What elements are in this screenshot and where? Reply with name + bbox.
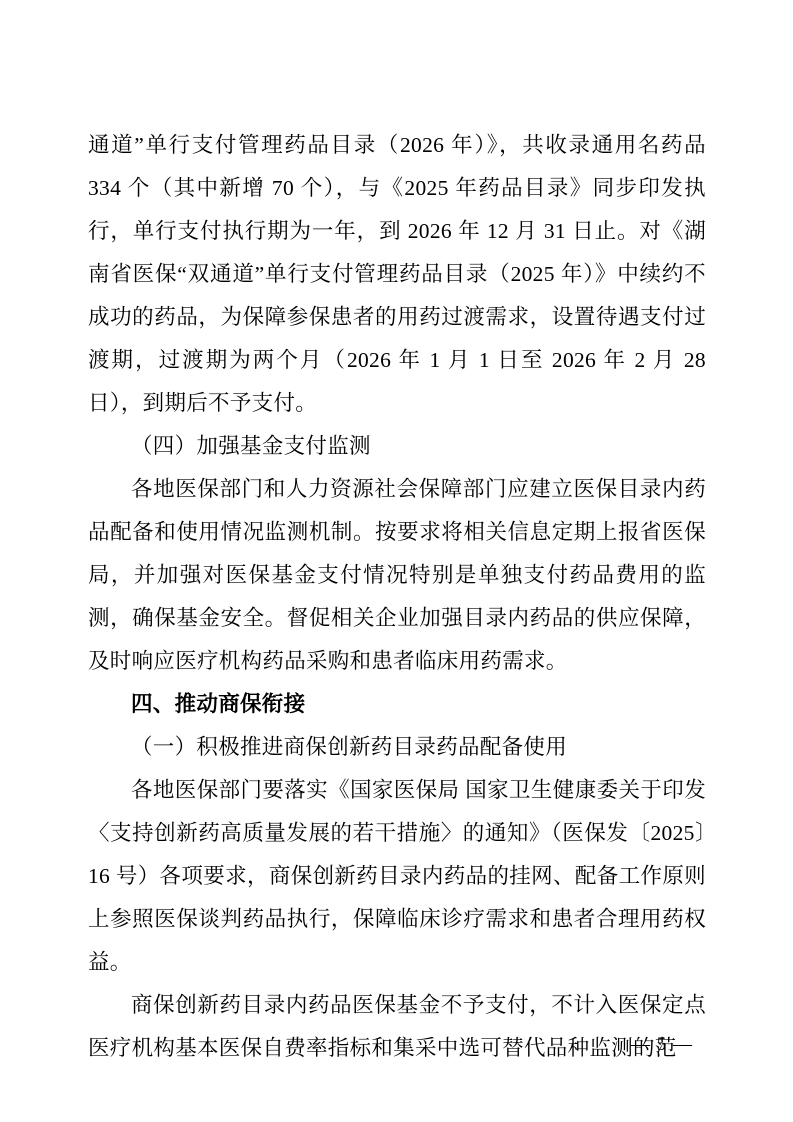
document-page: 通道”单行支付管理药品目录（2026 年）》，共收录通用名药品 334 个（其中… <box>0 0 793 1122</box>
sub-heading-item-4: （四）加强基金支付监测 <box>88 425 706 468</box>
sub-heading-item-1: （一）积极推进商保创新药目录药品配备使用 <box>88 726 706 769</box>
paragraph: 各地医保部门要落实《国家医保局 国家卫生健康委关于印发〈支持创新药高质量发展的若… <box>88 769 706 984</box>
document-body: 通道”单行支付管理药品目录（2026 年）》，共收录通用名药品 334 个（其中… <box>88 124 706 1070</box>
paragraph: 商保创新药目录内药品医保基金不予支付，不计入医保定点医疗机构基本医保自费率指标和… <box>88 984 706 1070</box>
paragraph-continued: 通道”单行支付管理药品目录（2026 年）》，共收录通用名药品 334 个（其中… <box>88 124 706 425</box>
section-heading: 四、推动商保衔接 <box>88 683 706 726</box>
page-number: — 5 — <box>631 1033 693 1057</box>
paragraph: 各地医保部门和人力资源社会保障部门应建立医保目录内药品配备和使用情况监测机制。按… <box>88 468 706 683</box>
